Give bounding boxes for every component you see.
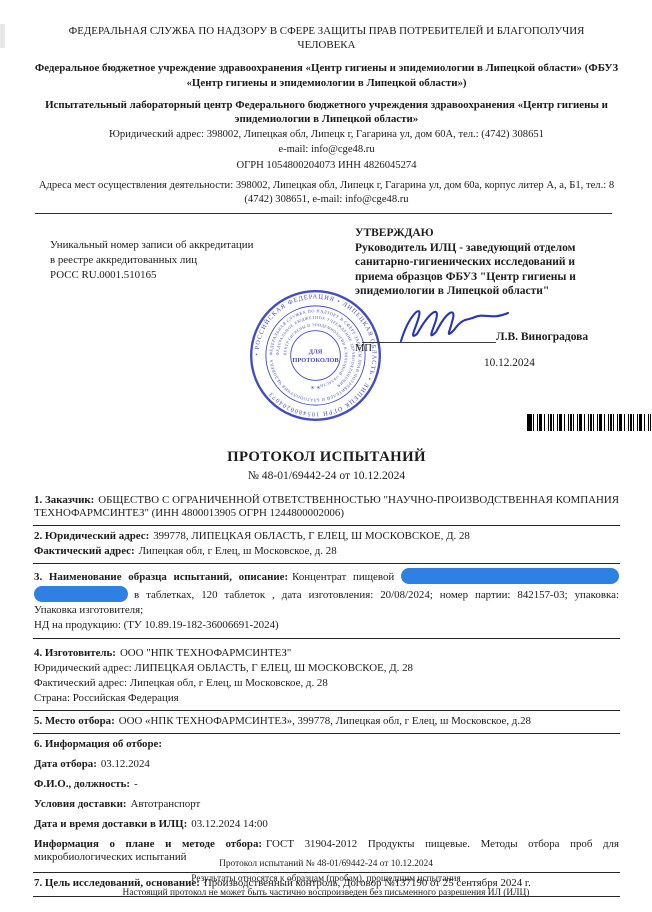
protocol-sections: 1. Заказчик:ОБЩЕСТВО С ОГРАНИЧЕННОЙ ОТВЕ… (33, 490, 620, 897)
section-sampling-place: 5. Место отбора:ООО «НПК ТЕХНОФАРМСИНТЕЗ… (33, 711, 620, 734)
signature-line (362, 342, 496, 343)
sampling-row: Условия доставки:Автотранспорт (34, 797, 619, 812)
section-label: 6. Информация об отборе: (34, 738, 162, 750)
accreditation-line: Уникальный номер записи об аккредитации (50, 238, 320, 253)
sampling-row: Ф.И.О., должность:- (34, 777, 619, 792)
manufacturer-country: Страна: Российская Федерация (34, 691, 619, 706)
legal-address-value: 399778, ЛИПЕЦКАЯ ОБЛАСТЬ, Г ЕЛЕЦ, Ш МОСК… (153, 530, 470, 542)
document-page: ФЕДЕРАЛЬНАЯ СЛУЖБА ПО НАДЗОРУ В СФЕРЕ ЗА… (0, 0, 652, 897)
manufacturer-name: ООО "НПК ТЕХНОФАРМСИНТЕЗ" (120, 647, 291, 659)
accreditation-block: Уникальный номер записи об аккредитации … (50, 238, 320, 283)
stamp-place-label: МП (355, 343, 372, 354)
section-sampling-info: 6. Информация об отборе: Дата отбора:03.… (33, 734, 620, 873)
approver-position-line: эпидемиологии в Липецкой области" (355, 284, 637, 299)
stamp-stars: ✳ ✳ (310, 384, 321, 391)
approval-title: УТВЕРЖДАЮ (355, 226, 637, 241)
accreditation-line: в реестре аккредитованных лиц (50, 253, 320, 268)
activity-addresses: Адреса мест осуществления деятельности: … (33, 179, 620, 207)
approval-date: 10.12.2024 (484, 357, 535, 369)
manufacturer-actual-address: Фактический адрес: Липецкая обл, г Елец,… (34, 676, 619, 691)
accreditation-number: РОСС RU.0001.510165 (50, 268, 320, 283)
approval-block: УТВЕРЖДАЮ Руководитель ИЛЦ - заведующий … (355, 226, 637, 299)
scanned-protocol-document: { "colors":{"redaction_blue":"#2e80e2","… (0, 0, 652, 912)
scan-edge-artifact (0, 24, 5, 48)
section-customer: 1. Заказчик:ОБЩЕСТВО С ОГРАНИЧЕННОЙ ОТВЕ… (33, 490, 620, 526)
institution-name: Федеральное бюджетное учреждение здравоо… (33, 61, 620, 89)
section-legal-address: 2. Юридический адрес:399778, ЛИПЕЦКАЯ ОБ… (33, 526, 620, 564)
round-stamp: • РОССИЙСКАЯ ФЕДЕРАЦИЯ • ЛИПЕЦКАЯ ОБЛАСТ… (242, 282, 389, 429)
testing-center-name: Испытательный лабораторный центр Федерал… (33, 98, 620, 126)
section-label: 1. Заказчик: (34, 494, 94, 506)
stamp-center-line: ДЛЯ (309, 349, 323, 356)
protocol-title: ПРОТОКОЛ ИСПЫТАНИЙ (33, 449, 620, 466)
footer-line: Результаты относятся к образцам (пробам)… (0, 872, 652, 887)
section-label: 4. Изготовитель: (34, 647, 116, 659)
ogrn-inn-line: ОГРН 1054800204073 ИНН 4826045274 (33, 159, 620, 172)
stamp-center-line: ПРОТОКОЛОВ (292, 357, 339, 364)
approver-position-line: приема образцов ФБУЗ "Центр гигиены и (355, 270, 637, 285)
section-sample: 3. Наименование образца испытаний, описа… (33, 564, 620, 638)
sample-description: Концентрат пищевой (292, 571, 394, 583)
sampling-row: Дата и время доставки в ИЛЦ:03.12.2024 1… (34, 817, 619, 832)
approver-position-line: Руководитель ИЛЦ - заведующий отделом (355, 241, 637, 256)
redaction-box (34, 586, 128, 602)
sample-description-continued: в таблетках, 120 таблеток , дата изготов… (134, 589, 619, 601)
legal-address: Юридический адрес: 398002, Липецкая обл,… (33, 128, 620, 141)
email-line: e-mail: info@cge48.ru (33, 143, 620, 156)
protocol-number: № 48-01/69442-24 от 10.12.2024 (33, 469, 620, 482)
approval-region: Уникальный номер записи об аккредитации … (33, 214, 620, 446)
section-manufacturer: 4. Изготовитель:ООО "НПК ТЕХНОФАРМСИНТЕЗ… (33, 639, 620, 711)
footer-line: Протокол испытаний № 48-01/69442-24 от 1… (0, 857, 652, 872)
footer-line: Настоящий протокол не может быть частичн… (0, 886, 652, 901)
page-footer: Протокол испытаний № 48-01/69442-24 от 1… (0, 857, 652, 901)
redaction-box (401, 568, 619, 584)
actual-address-value: Липецкая обл, г Елец, ш Московское, д. 2… (139, 545, 337, 557)
barcode (527, 414, 651, 431)
approver-position-line: санитарно-гигиенических исследований и (355, 255, 637, 270)
section-label: 2. Юридический адрес: (34, 530, 149, 542)
sample-packaging: Упаковка изготовителя; (34, 603, 619, 618)
customer-value: ОБЩЕСТВО С ОГРАНИЧЕННОЙ ОТВЕТСТВЕННОСТЬЮ… (34, 494, 619, 519)
letterhead: ФЕДЕРАЛЬНАЯ СЛУЖБА ПО НАДЗОРУ В СФЕРЕ ЗА… (33, 24, 620, 207)
manufacturer-legal-address: Юридический адрес: ЛИПЕЦКАЯ ОБЛАСТЬ, Г Е… (34, 661, 619, 676)
section-label: 3. Наименование образца испытаний, описа… (34, 571, 288, 583)
sampling-place-value: ООО «НПК ТЕХНОФАРМСИНТЕЗ», 399778, Липец… (119, 715, 531, 727)
section-label: Фактический адрес: (34, 545, 135, 557)
agency-name: ФЕДЕРАЛЬНАЯ СЛУЖБА ПО НАДЗОРУ В СФЕРЕ ЗА… (41, 24, 612, 52)
signer-name: Л.В. Виноградова (496, 331, 588, 343)
sample-nd: НД на продукцию: (ТУ 10.89.19-182-360066… (34, 618, 619, 633)
section-label: 5. Место отбора: (34, 715, 115, 727)
sampling-row: Дата отбора:03.12.2024 (34, 757, 619, 772)
title-block: ПРОТОКОЛ ИСПЫТАНИЙ № 48-01/69442-24 от 1… (33, 449, 620, 482)
